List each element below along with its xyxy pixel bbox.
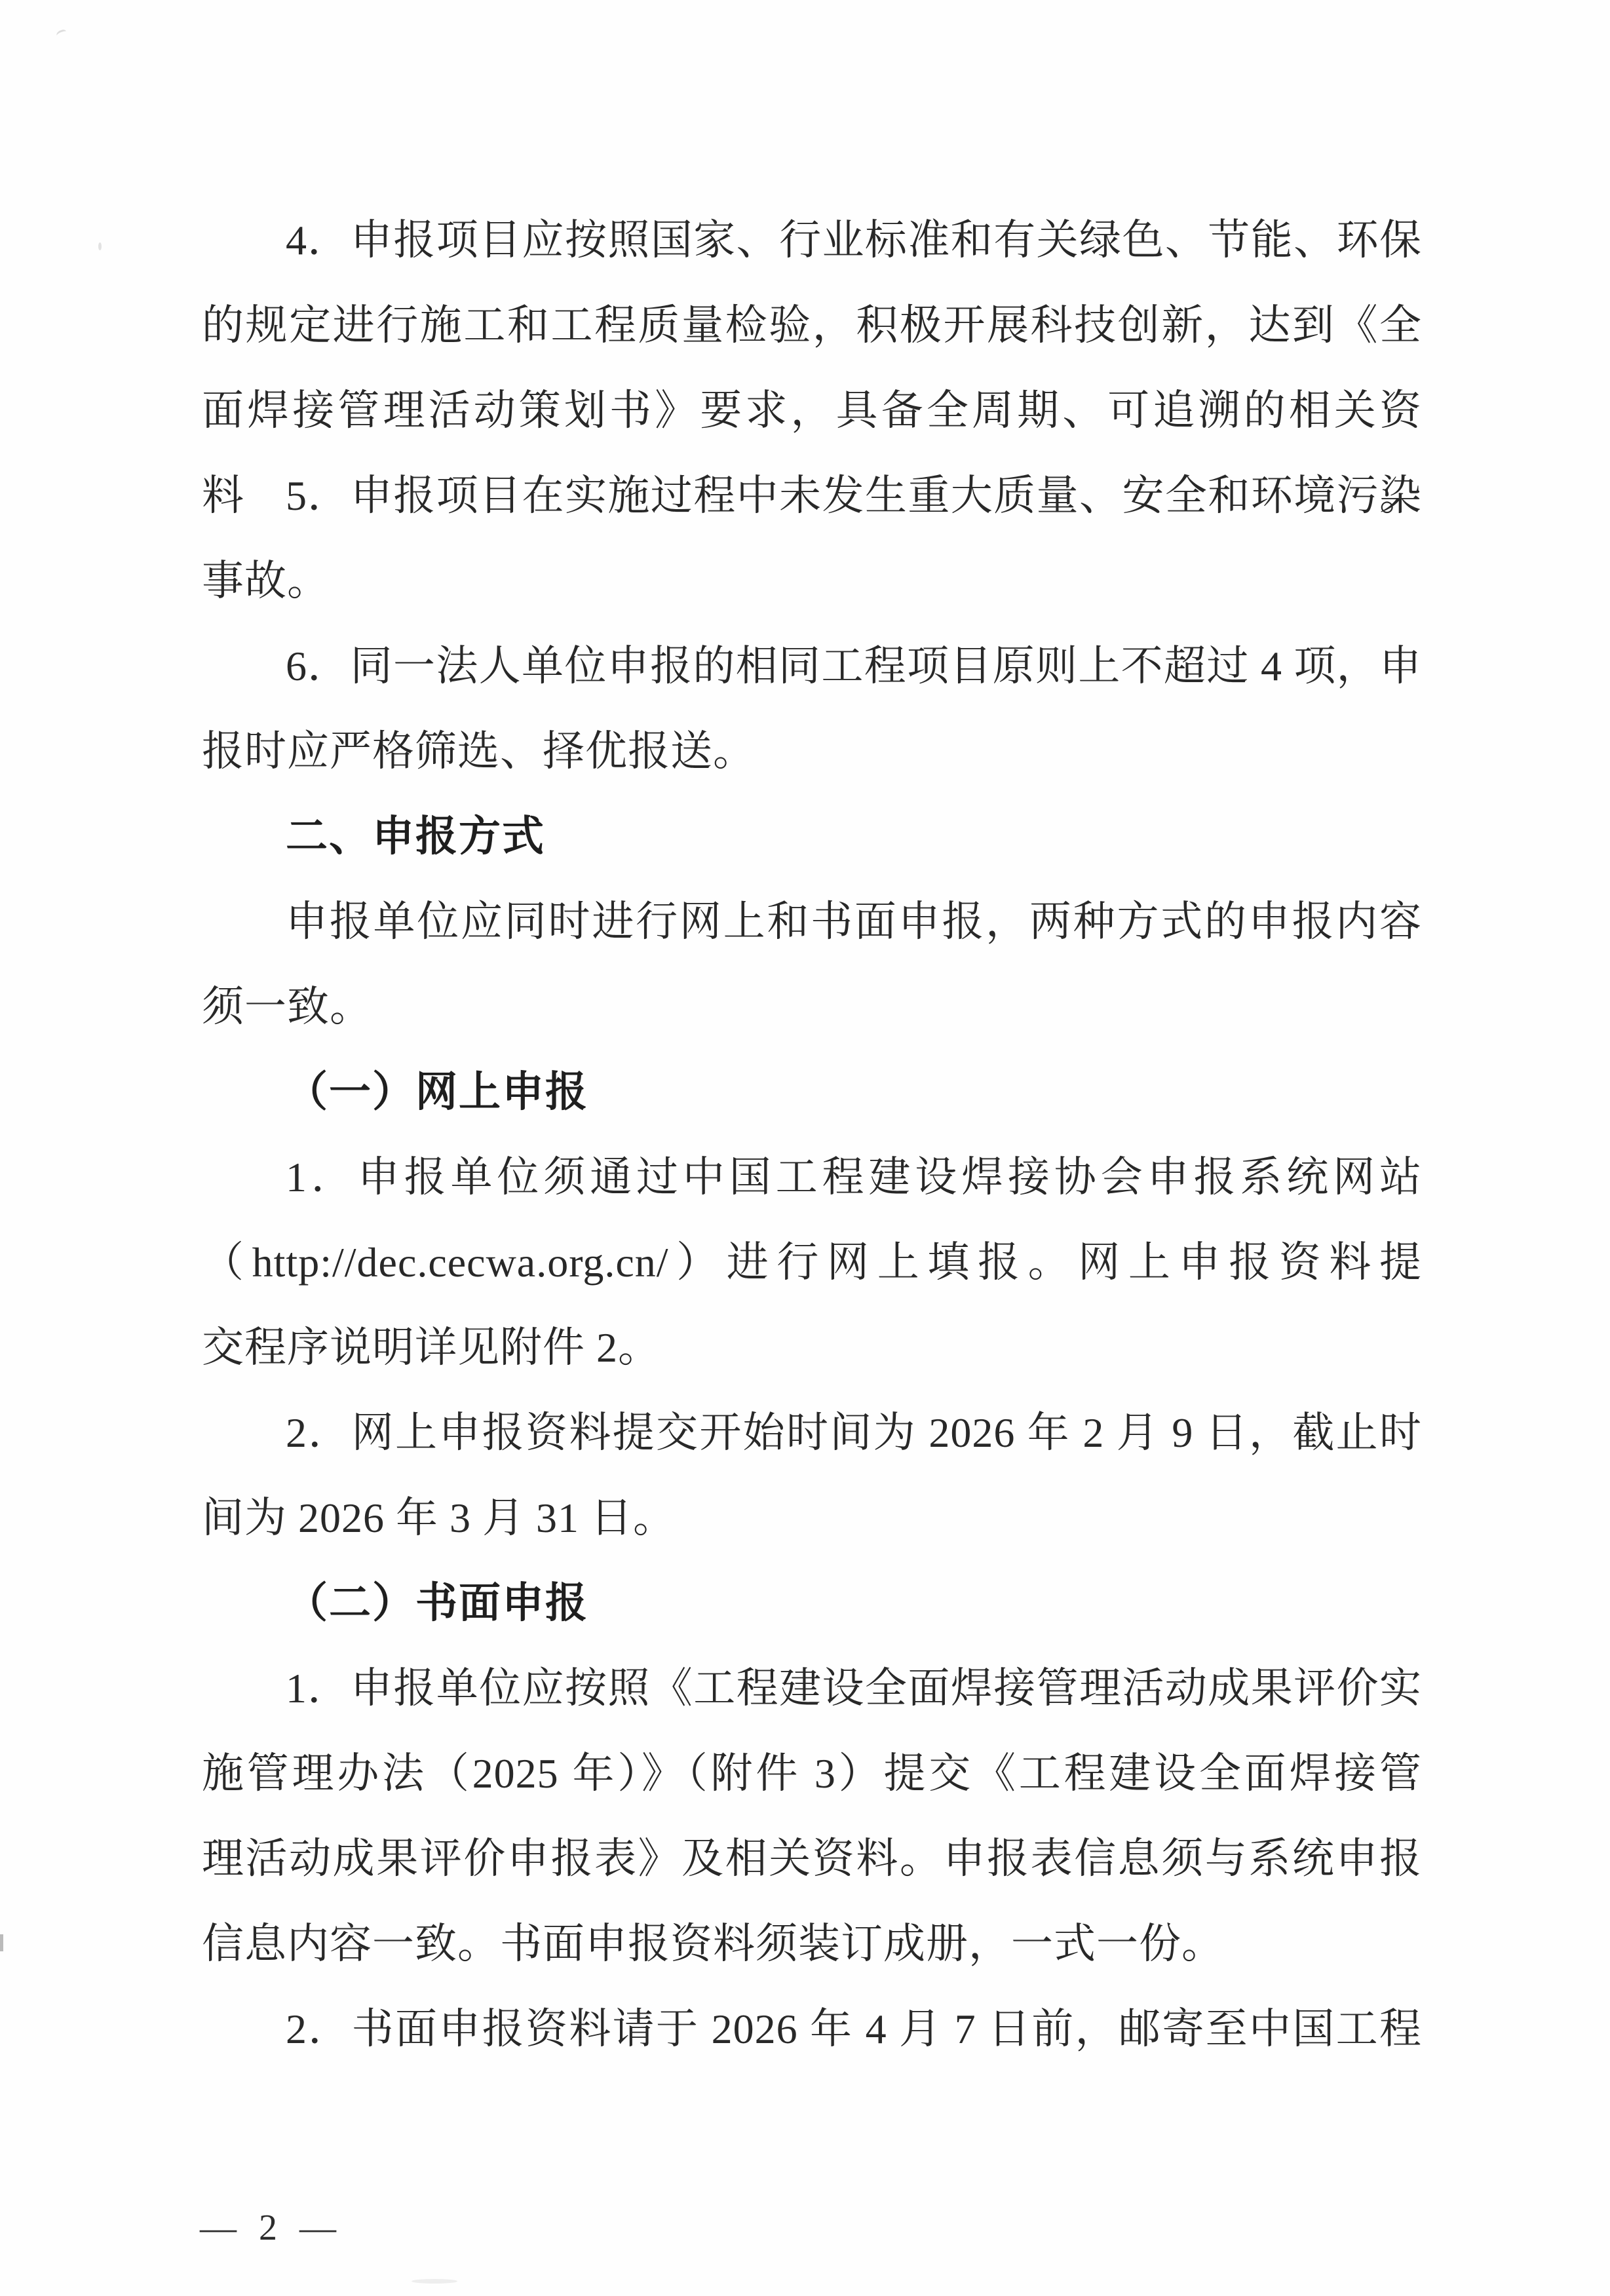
scan-artifact: [412, 2279, 457, 2284]
subsection-heading: （一）网上申报: [202, 1050, 1422, 1135]
document-page: 4．申报项目应按照国家、行业标准和有关绿色、节能、环保 的规定进行施工和工程质量…: [0, 0, 1610, 2296]
page-number: — 2 —: [200, 2198, 343, 2257]
scan-artifact: [56, 29, 68, 39]
text-line: 信息内容一致。书面申报资料须装订成册，一式一份。: [202, 1902, 1422, 1987]
text-line: 事故。: [202, 539, 1422, 624]
text-line: 须一致。: [202, 965, 1422, 1050]
text-line: 施管理办法（2025 年）》（附件 3）提交《工程建设全面焊接管: [202, 1731, 1422, 1816]
text-line: 2．书面申报资料请于 2026 年 4 月 7 日前，邮寄至中国工程: [202, 1987, 1422, 2072]
text-line: 申报单位应同时进行网上和书面申报，两种方式的申报内容: [202, 879, 1422, 965]
section-heading: 二、申报方式: [202, 794, 1422, 879]
text-line: 面焊接管理活动策划书》要求，具备全周期、可追溯的相关资料。: [202, 368, 1422, 453]
text-line: 交程序说明详见附件 2。: [202, 1305, 1422, 1390]
subsection-heading: （二）书面申报: [202, 1561, 1422, 1646]
text-line: （http://dec.cecwa.org.cn/）进行网上填报。网上申报资料提: [202, 1220, 1422, 1305]
text-line: 4．申报项目应按照国家、行业标准和有关绿色、节能、环保: [202, 198, 1422, 283]
scan-artifact: [98, 242, 102, 250]
text-line: 1．申报单位应按照《工程建设全面焊接管理活动成果评价实: [202, 1646, 1422, 1731]
text-line: 6．同一法人单位申报的相同工程项目原则上不超过 4 项，申: [202, 624, 1422, 709]
document-body: 4．申报项目应按照国家、行业标准和有关绿色、节能、环保 的规定进行施工和工程质量…: [202, 198, 1422, 2072]
text-line: 2．网上申报资料提交开始时间为 2026 年 2 月 9 日，截止时: [202, 1390, 1422, 1476]
text-line: 报时应严格筛选、择优报送。: [202, 709, 1422, 794]
scan-artifact: [0, 1934, 3, 1951]
text-line: 1．申报单位须通过中国工程建设焊接协会申报系统网站: [202, 1135, 1422, 1220]
text-line: 理活动成果评价申报表》及相关资料。申报表信息须与系统申报: [202, 1816, 1422, 1902]
text-line: 间为 2026 年 3 月 31 日。: [202, 1476, 1422, 1561]
text-line: 的规定进行施工和工程质量检验，积极开展科技创新，达到《全: [202, 283, 1422, 368]
text-line: 5．申报项目在实施过程中未发生重大质量、安全和环境污染: [202, 453, 1422, 539]
